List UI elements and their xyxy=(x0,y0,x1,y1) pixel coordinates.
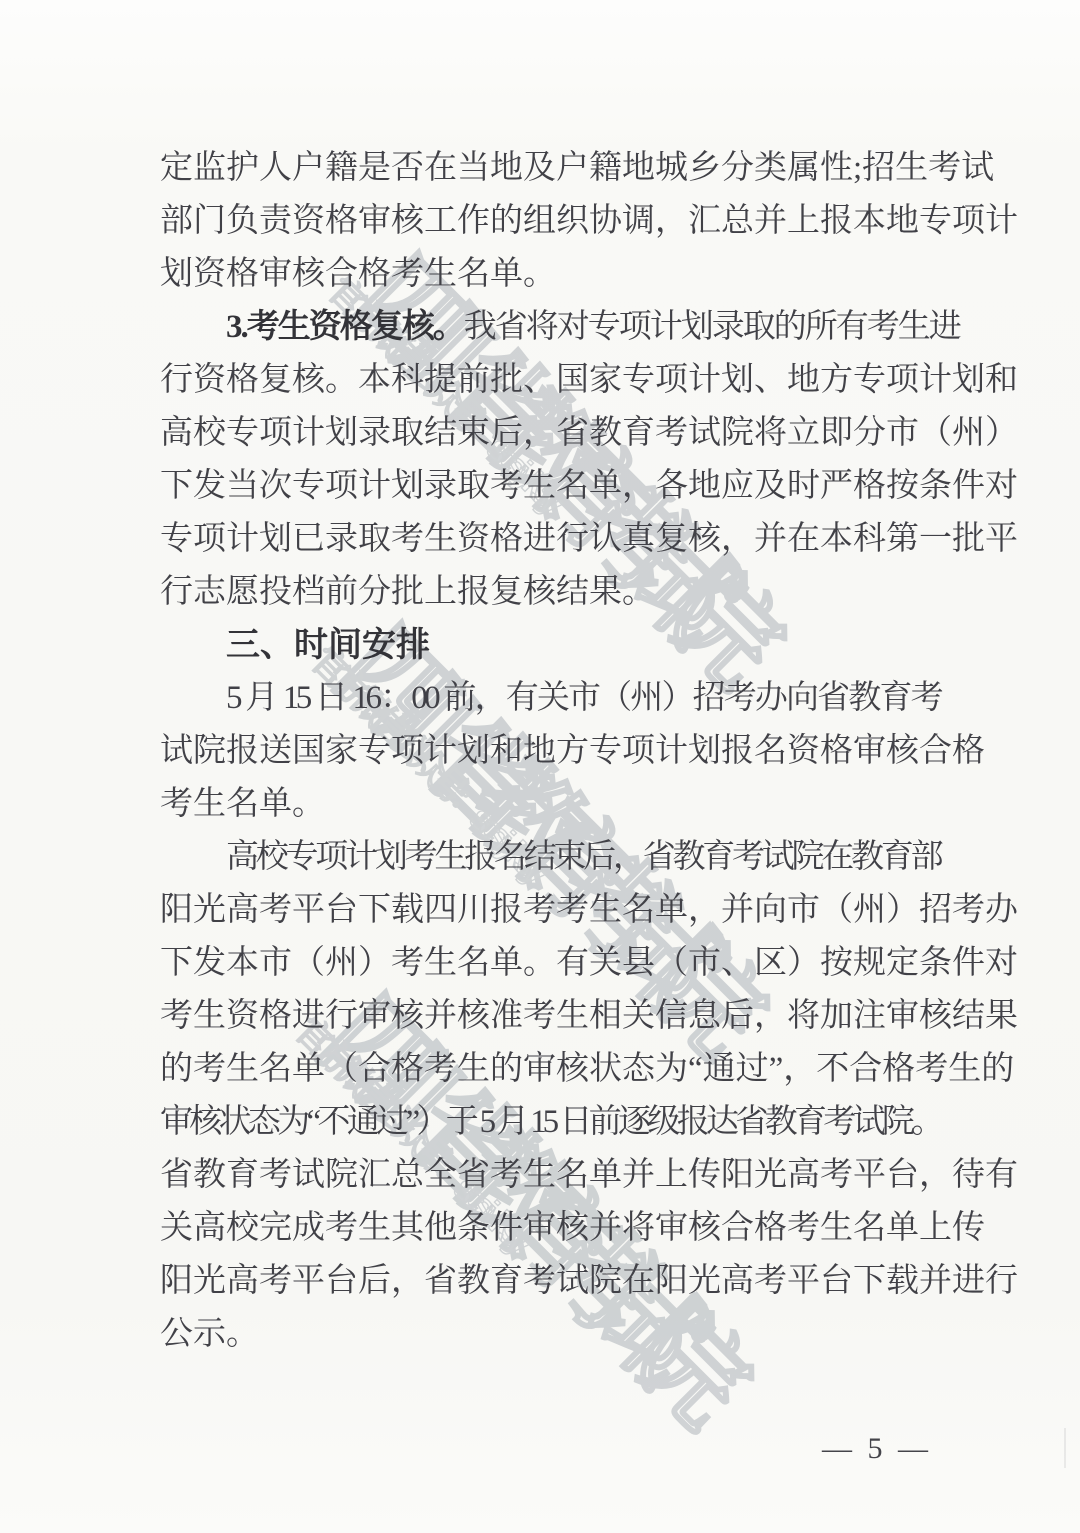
text-line: 专项计划已录取考生资格进行认真复核，并在本科第一批平 xyxy=(160,513,940,566)
text-line: 划资格审核合格考生名单。 xyxy=(160,248,940,301)
text-line: 公示。 xyxy=(160,1308,940,1361)
text-line: 阳光高考平台后，省教育考试院在阳光高考平台下载并进行 xyxy=(160,1255,940,1308)
text-line: 考生名单。 xyxy=(160,778,940,831)
text-run: 我省将对专项计划录取的所有考生进 xyxy=(464,309,960,345)
text-line: 下发当次专项计划录取考生名单，各地应及时严格按条件对 xyxy=(160,460,940,513)
section-heading: 三、时间安排 xyxy=(160,619,940,672)
text-line: 部门负责资格审核工作的组织协调，汇总并上报本地专项计 xyxy=(160,195,940,248)
text-line: 行资格复核。本科提前批、国家专项计划、地方专项计划和 xyxy=(160,354,940,407)
scan-artifact xyxy=(1064,1428,1066,1468)
text-line: 下发本市（州）考生名单。有关县（市、区）按规定条件对 xyxy=(160,937,940,990)
text-line: 阳光高考平台下载四川报考考生名单，并向市（州）招考办 xyxy=(160,884,940,937)
text-line: 高校专项计划考生报名结束后，省教育考试院在教育部 xyxy=(160,831,940,884)
text-line: 的考生名单（合格考生的审核状态为“通过”，不合格考生的 xyxy=(160,1043,940,1096)
text-line: 高校专项计划录取结束后，省教育考试院将立即分市（州） xyxy=(160,407,940,460)
text-line: 3.考生资格复核。我省将对专项计划录取的所有考生进 xyxy=(160,301,940,354)
text-line: 审核状态为“不通过”）于 5 月 15 日前逐级报达省教育考试院。 xyxy=(160,1096,940,1149)
document-page: 四川省教育考试院 官方微信公众号：scsjyksy 四川省教育考试院 官方微信公… xyxy=(0,0,1080,1533)
text-line: 5 月 15 日 16：00 前，有关市（州）招考办向省教育考 xyxy=(160,672,940,725)
page-number: — 5 — xyxy=(792,1432,962,1466)
text-line: 省教育考试院汇总全省考生名单并上传阳光高考平台，待有 xyxy=(160,1149,940,1202)
list-item-number-bold: 3.考生资格复核。 xyxy=(226,309,464,345)
text-line: 行志愿投档前分批上报复核结果。 xyxy=(160,566,940,619)
text-line: 考生资格进行审核并核准考生相关信息后，将加注审核结果 xyxy=(160,990,940,1043)
document-body: 定监护人户籍是否在当地及户籍地城乡分类属性;招生考试 部门负责资格审核工作的组织… xyxy=(160,142,940,1361)
text-line: 定监护人户籍是否在当地及户籍地城乡分类属性;招生考试 xyxy=(160,142,940,195)
text-line: 关高校完成考生其他条件审核并将审核合格考生名单上传 xyxy=(160,1202,940,1255)
text-line: 试院报送国家专项计划和地方专项计划报名资格审核合格 xyxy=(160,725,940,778)
